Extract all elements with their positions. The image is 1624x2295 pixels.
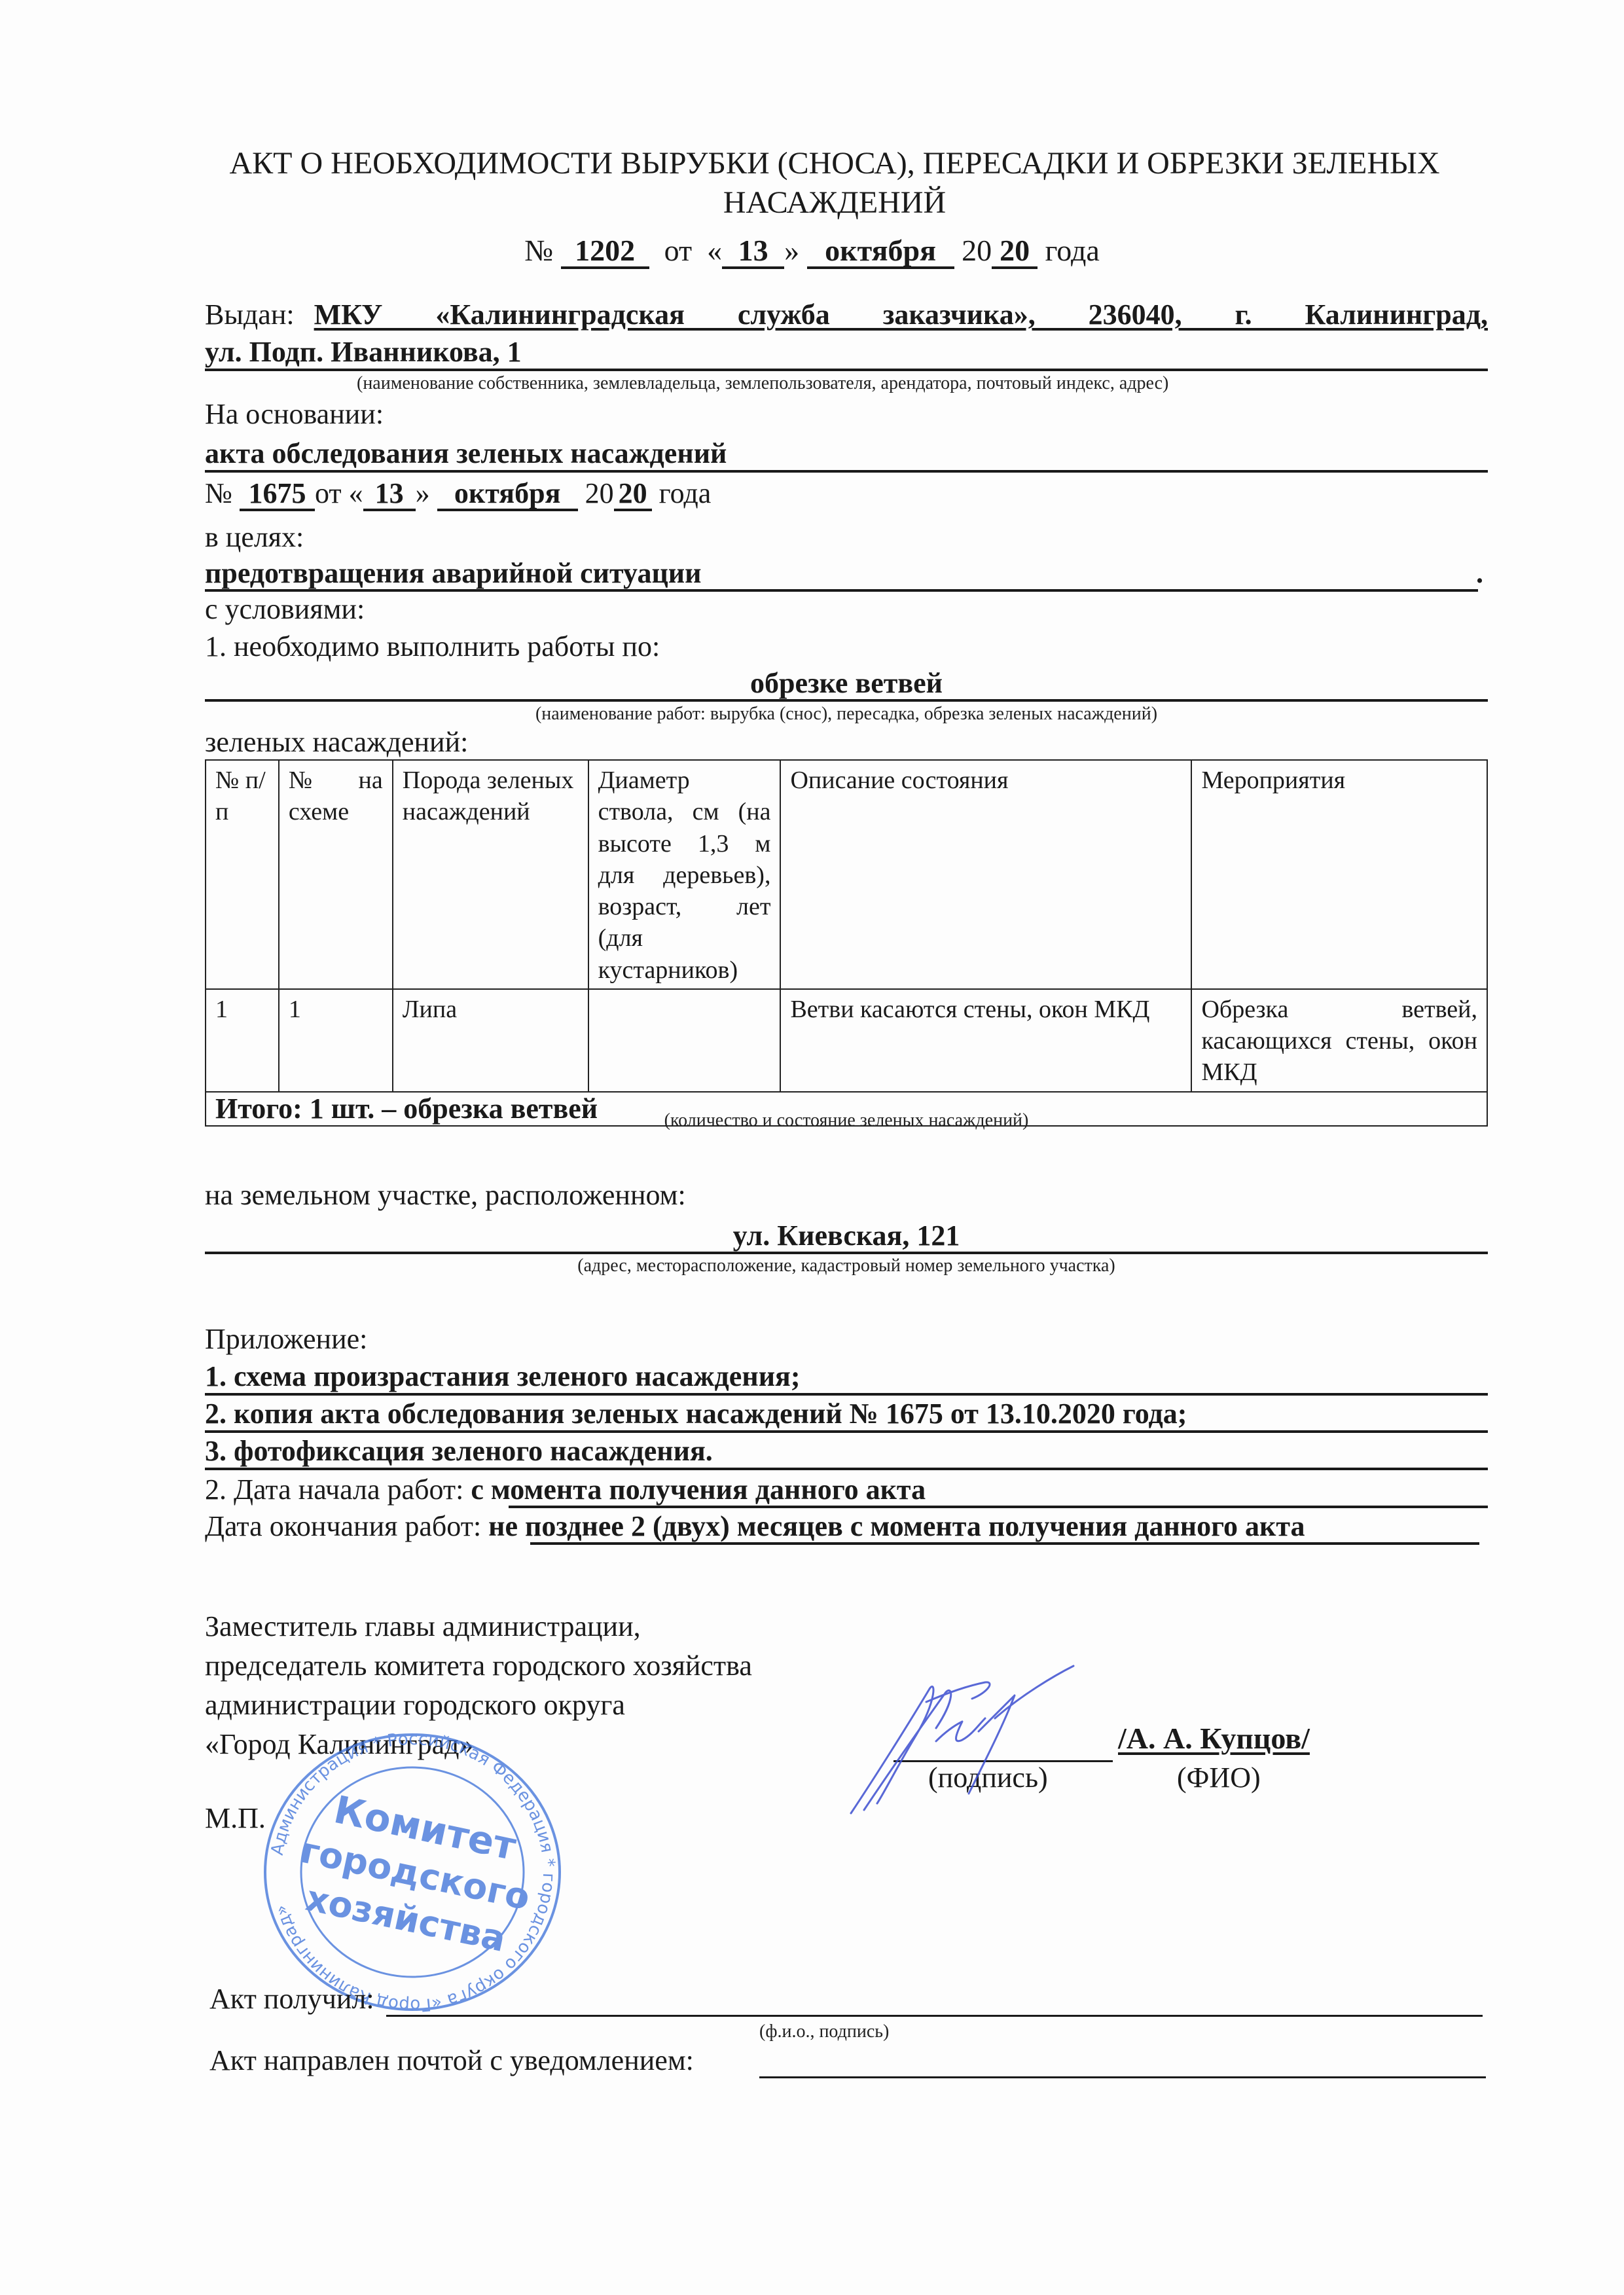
basis-label: На основании: [205,397,384,432]
header-condition: Описание состояния [780,760,1191,989]
table-header-row: № п/п № на схеме Порода зеленых насажден… [206,760,1487,989]
attachment-2-underline [205,1430,1488,1433]
attachment-item-2: 2. копия акта обследования зеленых насаж… [205,1397,1187,1432]
attachments-label: Приложение: [205,1322,367,1357]
start-date-label: 2. Дата начала работ: [205,1473,463,1506]
purpose-underline [205,589,1478,592]
signatory-line-3: администрации городского округа [205,1686,752,1725]
document-title: АКТ О НЕОБХОДИМОСТИ ВЫРУБКИ (СНОСА), ПЕР… [196,144,1473,223]
cell-condition: Ветви касаются стены, окон МКД [780,989,1191,1092]
purpose-label: в целях: [205,520,304,555]
signatory-name: /А. А. Купцов/ [1118,1722,1310,1755]
end-date-underline [530,1542,1479,1545]
quote-close: » [784,234,799,267]
issued-value-2: ул. Подп. Иванникова, 1 [205,335,522,370]
stamp-seal-icon: Администрация * Российская Федерация * г… [249,1728,576,2016]
issued-caption: (наименование собственника, землевладель… [357,373,1168,394]
trees-table: № п/п № на схеме Порода зеленых насажден… [205,759,1488,1127]
conditions-item1-label: 1. необходимо выполнить работы по: [205,630,660,664]
header-measures: Мероприятия [1191,760,1487,989]
header-diameter: Диаметр ствола, см (на высоте 1,3 м для … [588,760,781,989]
location-value: ул. Киевская, 121 [205,1219,1488,1254]
issued-label: Выдан: [205,298,295,333]
signatory-line-1: Заместитель главы администрации, [205,1607,752,1646]
start-date-underline [509,1506,1488,1508]
basis-quote-close: » [416,477,430,509]
cell-row-number: 1 [206,989,279,1092]
title-line-2: НАСАЖДЕНИЙ [196,183,1473,223]
issued-line-1: Выдан: МКУ «Калининградская служба заказ… [205,298,1488,333]
basis-year-prefix: 20 [585,477,614,509]
signatory-line-2: председатель комитета городского хозяйст… [205,1646,752,1686]
table-caption: (количество и состояние зеленых насажден… [205,1110,1488,1131]
header-row-number: № п/п [206,760,279,989]
location-underline [205,1252,1488,1254]
purpose-trailing: . [1476,556,1483,591]
from-label: от [664,234,693,267]
cell-species: Липа [393,989,588,1092]
basis-from-label: от « [315,477,363,509]
attachment-item-1: 1. схема произрастания зеленого насажден… [205,1360,801,1394]
end-date-line: Дата окончания работ: не позднее 2 (двух… [205,1509,1305,1544]
location-label: на земельном участке, расположенном: [205,1178,686,1213]
quote-open: « [707,234,722,267]
works-underline [205,699,1488,702]
mailed-label: Акт направлен почтой с уведомлением: [209,2044,694,2078]
cell-diameter [588,989,781,1092]
basis-month: октября [437,479,578,511]
basis-number: 1675 [240,479,315,511]
table-intro: зеленых насаждений: [205,725,468,760]
received-underline[interactable] [386,2015,1483,2017]
year-word: года [1045,234,1100,267]
basis-day: 13 [363,479,416,511]
mailed-underline[interactable] [759,2076,1486,2078]
received-caption: (ф.и.о., подпись) [759,2021,889,2042]
basis-number-line: № 1675от «13» октября 2020 года [205,477,711,511]
cell-scheme-number: 1 [279,989,393,1092]
attachment-1-underline [205,1393,1488,1396]
table-row: 1 1 Липа Ветви касаются стены, окон МКД … [206,989,1487,1092]
document-number-line: № 1202 от «13» октября 2020 года [0,232,1624,269]
attachment-3-underline [205,1468,1488,1470]
document-day: 13 [722,235,784,269]
attachment-item-3: 3. фотофиксация зеленого насаждения. [205,1434,713,1469]
end-date-label: Дата окончания работ: [205,1510,481,1542]
header-scheme-number: № на схеме [279,760,393,989]
start-date-value: с момента получения данного акта [471,1473,926,1506]
basis-underline [205,470,1488,473]
header-species: Порода зеленых насаждений [393,760,588,989]
handwritten-signature-icon [838,1663,1113,1820]
received-label: Акт получил: [209,1982,374,2017]
official-stamp: Администрация * Российская Федерация * г… [249,1728,576,2016]
year-prefix: 20 [962,234,992,267]
name-caption: (ФИО) [1177,1761,1261,1796]
issued-value-1: МКУ «Калининградская служба заказчика», … [314,298,1488,333]
document-month: октября [807,235,954,269]
number-label: № [524,234,553,267]
works-caption: (наименование работ: вырубка (снос), пер… [205,704,1488,725]
start-date-line: 2. Дата начала работ: с момента получени… [205,1473,926,1508]
works-value: обрезке ветвей [205,666,1488,701]
cell-measures: Обрезка ветвей, касающихся стены, окон М… [1191,989,1487,1092]
signatory-name-wrap: /А. А. Купцов/ [1118,1720,1310,1756]
title-line-1: АКТ О НЕОБХОДИМОСТИ ВЫРУБКИ (СНОСА), ПЕР… [196,144,1473,183]
basis-year-word: года [659,477,712,509]
issued-underline [205,369,1488,371]
basis-number-label: № [205,477,232,509]
document-year: 20 [992,235,1038,269]
location-caption: (адрес, месторасположение, кадастровый н… [205,1256,1488,1276]
basis-year: 20 [614,479,652,511]
end-date-value: не позднее 2 (двух) месяцев с момента по… [488,1510,1305,1542]
purpose-value: предотвращения аварийной ситуации [205,556,702,591]
conditions-label: с условиями: [205,592,365,627]
document-number: 1202 [561,235,649,269]
basis-value: акта обследования зеленых насаждений [205,437,727,471]
